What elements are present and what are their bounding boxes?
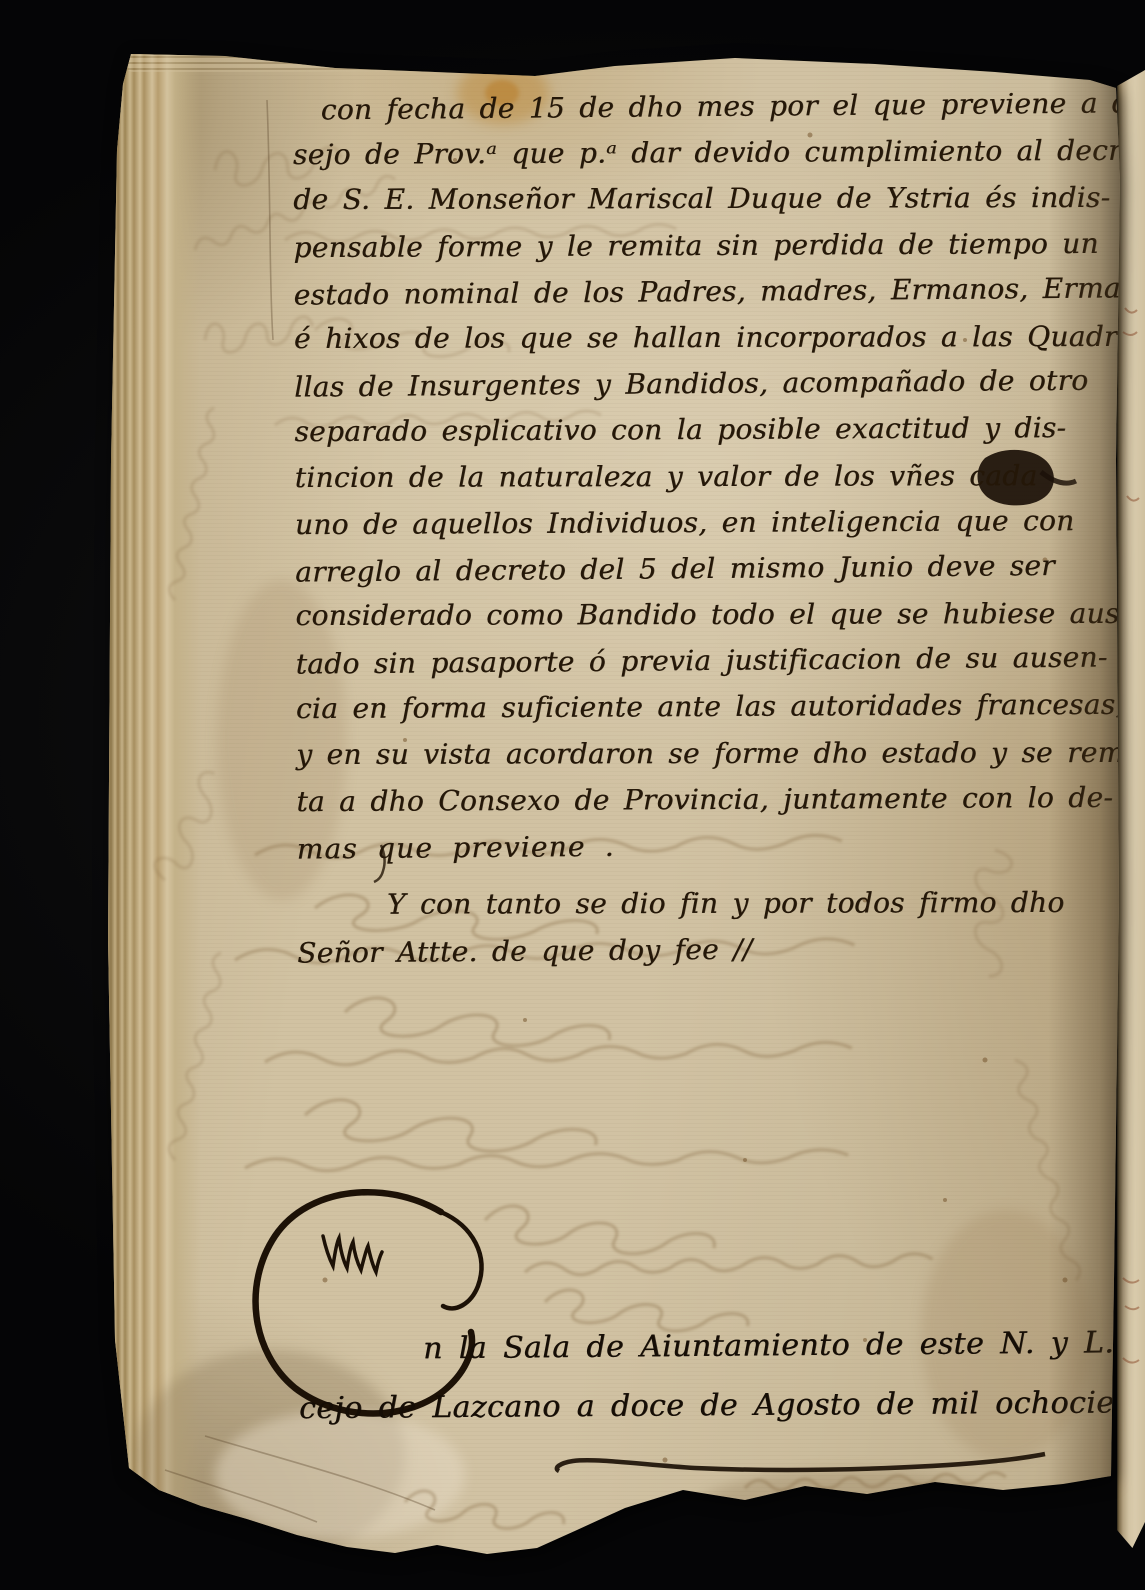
manuscript-text-block: con fecha de 15 de dho mes por el que pr…: [293, 88, 1130, 982]
manuscript-line: tado sin pasaporte ó previa justificacio…: [296, 641, 1128, 694]
manuscript-line: estado nominal de los Padres, madres, Er…: [294, 271, 1126, 324]
stain: [695, 1470, 1005, 1550]
manuscript-line: uno de aquellos Individuos, en inteligen…: [295, 504, 1127, 555]
manuscript-line: con fecha de 15 de dho mes por el que pr…: [321, 86, 1125, 139]
ink-blot: [978, 450, 1077, 506]
manuscript-line: Y con tanto se dio fin y por todos firmo…: [387, 886, 1129, 934]
manuscript-line: é hixos de los que se hallan incorporado…: [294, 320, 1126, 368]
closing-line-2: cejo de Lazcano a doce de Agosto de mil …: [299, 1385, 1145, 1426]
pen-mark: [374, 845, 385, 882]
manuscript-page: con fecha de 15 de dho mes por el que pr…: [105, 40, 1120, 1560]
manuscript-line: sejo de Prov.ᵃ que p.ᵃ dar devido cumpli…: [293, 134, 1125, 185]
closing-line-1: n la Sala de Aiuntamiento de este N. y L…: [423, 1325, 1145, 1367]
manuscript-line: arreglo al decreto del 5 del mismo Junio…: [295, 548, 1127, 601]
manuscript-line: tincion de la naturaleza y valor de los …: [295, 458, 1127, 506]
creases: [165, 100, 435, 1522]
manuscript-line: pensable forme y le remita sin perdida d…: [293, 226, 1125, 277]
stain: [215, 1410, 465, 1540]
manuscript-line: mas que previene .: [296, 825, 1128, 878]
stain: [217, 580, 347, 900]
stain: [457, 62, 549, 124]
manuscript-line: considerado como Bandido todo el que se …: [295, 597, 1127, 645]
manuscript-line: separado esplicativo con la posible exac…: [294, 411, 1126, 462]
manuscript-line: de S. E. Monseñor Mariscal Duque de Ystr…: [293, 181, 1125, 229]
paper-surface: con fecha de 15 de dho mes por el que pr…: [105, 40, 1120, 1560]
foxing-specks: [323, 133, 1068, 1463]
manuscript-line: ta a dho Consexo de Provincia, juntament…: [296, 781, 1128, 832]
underline-flourish: [557, 1454, 1045, 1471]
manuscript-line: Señor Attte. de que doy fee //: [297, 930, 1129, 983]
page-stack-edges: [105, 40, 201, 1560]
ink-artwork-overlay: [105, 40, 1120, 1560]
manuscript-line: y en su vista acordaron se forme dho est…: [296, 736, 1128, 784]
next-page-sliver: [1117, 70, 1145, 1548]
manuscript-line: cia en forma suficiente ante las autorid…: [296, 688, 1128, 739]
page-stack-top-edges: [125, 50, 685, 72]
photo-background: con fecha de 15 de dho mes por el que pr…: [0, 0, 1145, 1590]
manuscript-line: llas de Insurgentes y Bandidos, acompaña…: [294, 363, 1126, 416]
next-page-bleed-marks: [1117, 70, 1145, 1548]
stain: [135, 1350, 405, 1560]
flourish-initial-e: [256, 1192, 482, 1413]
stain: [921, 1210, 1091, 1460]
stain: [485, 80, 519, 106]
